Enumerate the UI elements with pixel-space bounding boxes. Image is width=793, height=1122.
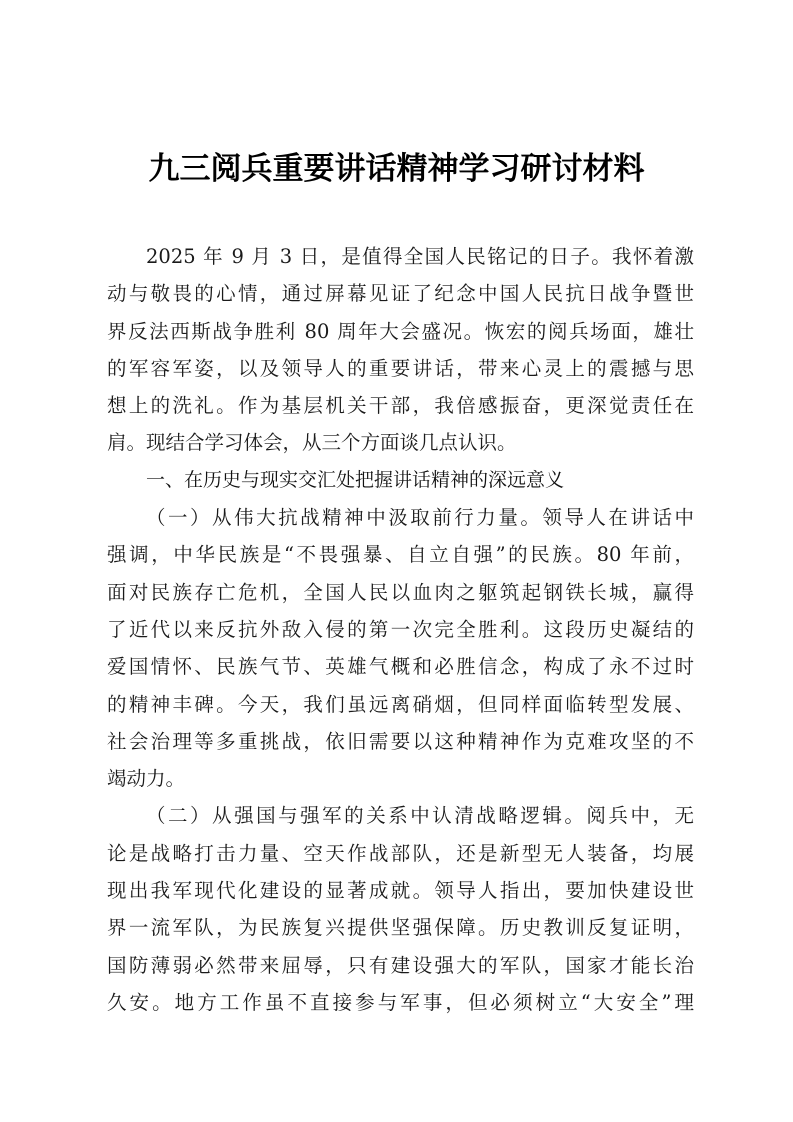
text-line: （二）从强国与强军的关系中认清战略逻辑。阅兵中，无 (107, 797, 694, 834)
document-title: 九三阅兵重要讲话精神学习研讨材料 (0, 147, 793, 191)
text-line: 现出我军现代化建设的显著成就。领导人指出，要加快建设世 (107, 872, 694, 909)
text-line: 竭动力。 (107, 760, 694, 797)
text-line: 面对民族存亡危机，全国人民以血肉之躯筑起钢铁长城，赢得 (107, 574, 694, 611)
text-line: 社会治理等多重挑战，依旧需要以这种精神作为克难攻坚的不 (107, 723, 694, 760)
text-line: 强调，中华民族是“不畏强暴、自立自强”的民族。80 年前， (107, 536, 694, 573)
text-line: 论是战略打击力量、空天作战部队，还是新型无人装备，均展 (107, 835, 694, 872)
text-line: 界反法西斯战争胜利 80 周年大会盛况。恢宏的阅兵场面，雄壮 (107, 313, 694, 350)
section1-paragraph-2: （二）从强国与强军的关系中认清战略逻辑。阅兵中，无 论是战略打击力量、空天作战部… (107, 797, 694, 1021)
section-heading: 一、在历史与现实交汇处把握讲话精神的深远意义 (107, 462, 694, 499)
text-line: 的精神丰碑。今天，我们虽远离硝烟，但同样面临转型发展、 (107, 686, 694, 723)
intro-paragraph: 2025 年 9 月 3 日，是值得全国人民铭记的日子。我怀着激 动与敬畏的心情… (107, 238, 694, 462)
document-page: 九三阅兵重要讲话精神学习研讨材料 2025 年 9 月 3 日，是值得全国人民铭… (0, 0, 793, 1122)
text-line: 的军容军姿，以及领导人的重要讲话，带来心灵上的震撼与思 (107, 350, 694, 387)
text-line: 想上的洗礼。作为基层机关干部，我倍感振奋，更深觉责任在 (107, 387, 694, 424)
text-line: 动与敬畏的心情，通过屏幕见证了纪念中国人民抗日战争暨世 (107, 275, 694, 312)
document-body: 2025 年 9 月 3 日，是值得全国人民铭记的日子。我怀着激 动与敬畏的心情… (107, 238, 694, 1021)
text-line: 界一流军队，为民族复兴提供坚强保障。历史教训反复证明， (107, 909, 694, 946)
text-line: （一）从伟大抗战精神中汲取前行力量。领导人在讲话中 (107, 499, 694, 536)
text-line: 肩。现结合学习体会，从三个方面谈几点认识。 (107, 424, 694, 461)
text-line: 爱国情怀、民族气节、英雄气概和必胜信念，构成了永不过时 (107, 648, 694, 685)
text-line: 国防薄弱必然带来屈辱，只有建设强大的军队，国家才能长治 (107, 947, 694, 984)
text-line: 久安。地方工作虽不直接参与军事，但必须树立“大安全”理 (107, 984, 694, 1021)
text-line: 2025 年 9 月 3 日，是值得全国人民铭记的日子。我怀着激 (107, 238, 694, 275)
text-line: 了近代以来反抗外敌入侵的第一次完全胜利。这段历史凝结的 (107, 611, 694, 648)
section1-paragraph-1: （一）从伟大抗战精神中汲取前行力量。领导人在讲话中 强调，中华民族是“不畏强暴、… (107, 499, 694, 797)
